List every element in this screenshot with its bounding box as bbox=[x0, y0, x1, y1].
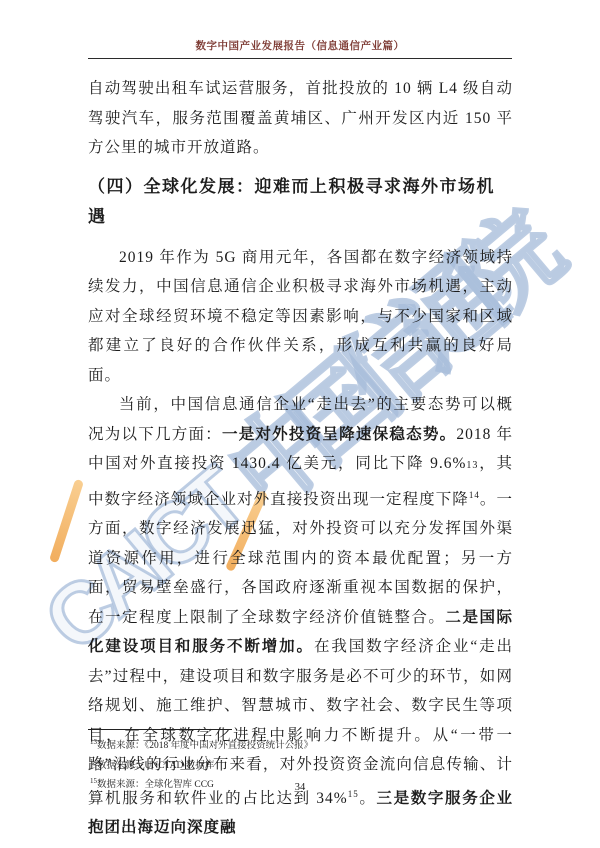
footnote-14: 14数据来源：UNCTAD 数据库 bbox=[90, 755, 514, 775]
page-number: 34 bbox=[0, 782, 600, 793]
document-body: 自动驾驶出租车试运营服务，首批投放的 10 辆 L4 级自动驾驶汽车，服务范围覆… bbox=[88, 74, 513, 843]
footnote-marker: 13 bbox=[90, 738, 97, 746]
paragraph-autonomous-driving: 自动驾驶出租车试运营服务，首批投放的 10 辆 L4 级自动驾驶汽车，服务范围覆… bbox=[88, 74, 513, 163]
running-head-title: 数字中国产业发展报告（信息通信产业篇） bbox=[88, 38, 512, 53]
footnote-text: 数据来源：UNCTAD 数据库 bbox=[97, 761, 214, 771]
footnote-separator bbox=[88, 729, 232, 730]
paragraph-5g-year: 2019 年作为 5G 商用元年，各国都在数字经济领域持续发力，中国信息通信企业… bbox=[88, 243, 513, 391]
document-page: CAICT 中国信通院 数字中国产业发展报告（信息通信产业篇） 自动驾驶出租车试… bbox=[0, 0, 600, 848]
page-header: 数字中国产业发展报告（信息通信产业篇） bbox=[88, 38, 512, 59]
section-heading-globalization: （四）全球化发展：迎难而上积极寻求海外市场机遇 bbox=[88, 172, 513, 232]
footnote-13: 13数据来源：《2018 年度中国对外直接投资统计公报》 bbox=[90, 735, 514, 755]
footnote-text: 数据来源：《2018 年度中国对外直接投资统计公报》 bbox=[97, 741, 313, 751]
footnote-marker: 14 bbox=[90, 758, 97, 766]
watermark-orange-swoosh-left bbox=[49, 479, 84, 564]
